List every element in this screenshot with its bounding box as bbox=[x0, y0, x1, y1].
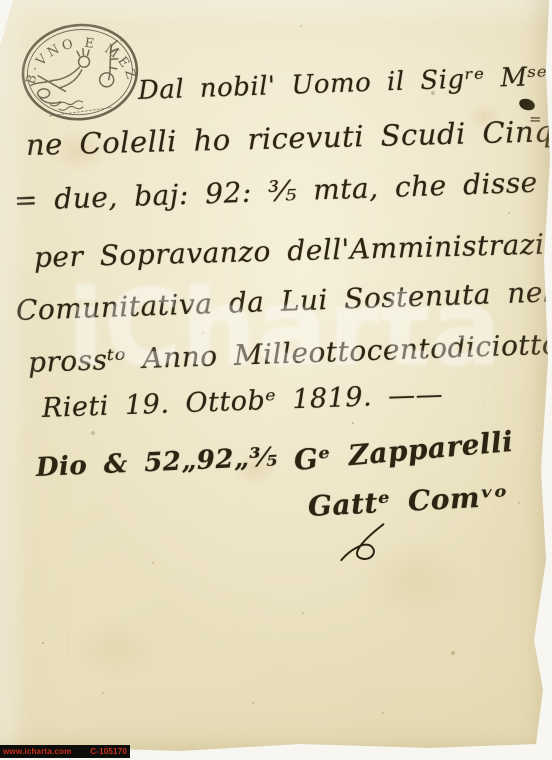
line-continuation-mark: = bbox=[529, 110, 542, 128]
signature-name: Gᵉ Zapparelli bbox=[293, 425, 515, 477]
manuscript-line-3: = due, baj: 92: ³⁄₅ mta, che disse pagar… bbox=[13, 161, 552, 217]
manuscript-dateline: Rieti 19. Ottobᵉ 1819. —— bbox=[41, 379, 443, 424]
paper-stain bbox=[70, 620, 160, 680]
signature-flourish bbox=[328, 521, 401, 567]
manuscript-line-6: prossᵗᵒ Anno Milleottocentodiciotto bbox=[27, 327, 552, 379]
archive-code: C-105170 bbox=[90, 747, 127, 756]
amount-line: Dio & 52„92„³⁄₅ bbox=[35, 442, 278, 483]
archive-url: www.icharta.com bbox=[3, 747, 72, 756]
signature-title: Gattᵉ Comᵛᵒ bbox=[307, 480, 508, 523]
paper-speckles bbox=[0, 0, 2, 2]
manuscript-line-1: Dal nobil' Uomo il Sigʳᵉ Mˢᵉ Scipio bbox=[137, 58, 552, 106]
notary-oval-stamp: B·VNO E MEZ bbox=[14, 15, 149, 132]
manuscript-line-4: per Sopravanzo dell'Amministrazione bbox=[34, 226, 552, 274]
scanned-document: B·VNO E MEZ Dal nobil' Uomo il Sigʳᵉ Mˢᵉ… bbox=[0, 0, 552, 760]
archive-label: www.icharta.com C-105170 bbox=[0, 745, 130, 758]
manuscript-line-5: Comunitativa da Lui Sostenuta nel bbox=[15, 275, 552, 327]
manuscript-paper: B·VNO E MEZ Dal nobil' Uomo il Sigʳᵉ Mˢᵉ… bbox=[0, 0, 552, 760]
